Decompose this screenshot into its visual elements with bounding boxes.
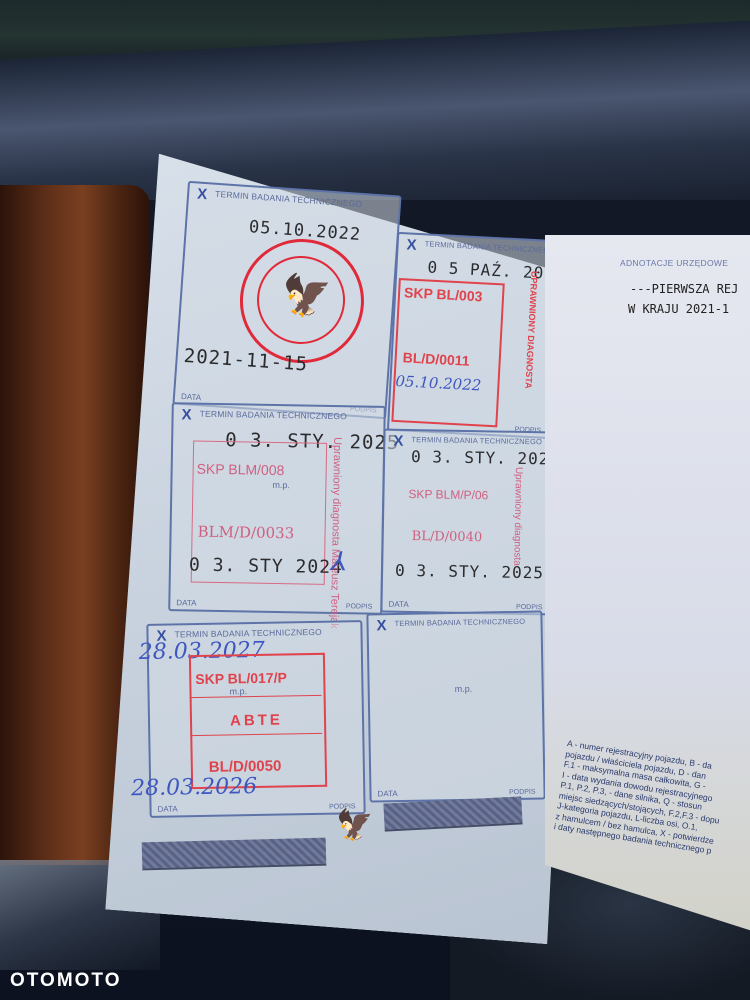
podpis-label: PODPIS: [509, 789, 536, 796]
inspection-date: 0 3. STY 2024: [189, 554, 343, 578]
station-stamp-id: SKP BLM/008: [197, 461, 285, 479]
handwritten-inspection-date: 28.03.2026: [131, 774, 257, 801]
annotation-line-1: ---PIERWSZA REJ: [630, 282, 738, 296]
x-mark: X: [181, 406, 191, 423]
inspection-box-3: X TERMIN BADANIA TECHNICZNEGO 0 3. STY. …: [168, 402, 386, 615]
station-stamp-id: SKP BL/017/P: [195, 669, 287, 687]
box-title: TERMIN BADANIA TECHNICZNEGO: [411, 435, 542, 446]
x-mark: X: [376, 617, 386, 634]
eagle-emblem-icon: 🦅: [280, 271, 333, 321]
data-label: DATA: [377, 789, 397, 798]
security-band-left: [142, 838, 327, 871]
diagnostician-code: BL/D/0011: [402, 349, 470, 368]
diagnostician-code: BL/D/0050: [209, 758, 282, 776]
box-title: TERMIN BADANIA TECHNICZNEGO: [215, 189, 363, 209]
eagle-emblem-icon: 🦅: [336, 808, 373, 843]
box-title: TERMIN BADANIA TECHNICZNEGO: [200, 409, 348, 422]
data-label: DATA: [157, 804, 177, 813]
data-label: DATA: [181, 392, 202, 402]
inspection-box-6: X TERMIN BADANIA TECHNICZNEGO m.p. DATA …: [366, 610, 545, 802]
inspection-box-5: X TERMIN BADANIA TECHNICZNEGO 28.03.2027…: [146, 620, 365, 818]
diagnostician-code: BL/D/0040: [412, 529, 483, 545]
diagnostician-vertical-stamp: UPRAWNIONY DIAGNOSTA: [523, 271, 539, 389]
station-stamp-id: SKP BLM/P/06: [408, 487, 488, 502]
x-mark: X: [406, 236, 417, 254]
diagnostician-vertical-stamp: Uprawniony diagnosta Mateusz Terejak: [328, 437, 343, 629]
data-label: DATA: [388, 600, 408, 609]
x-mark: X: [393, 433, 403, 450]
data-label: DATA: [176, 598, 196, 607]
otomoto-watermark: OTOMOTO: [10, 970, 121, 992]
diagnostician-code: BLM/D/0033: [197, 523, 294, 543]
mp-label: m.p.: [229, 686, 247, 696]
x-mark: X: [197, 185, 208, 203]
mp-label: m.p.: [455, 684, 473, 694]
podpis-label: PODPIS: [346, 603, 373, 610]
inspection-box-4: X TERMIN BADANIA TECHNICZNEGO 0 3. STY. …: [380, 429, 555, 616]
signature: ⅄: [331, 547, 347, 577]
annotation-line-2: W KRAJU 2021-1: [628, 302, 729, 316]
box-title: TERMIN BADANIA TECHNICZNEGO: [394, 617, 525, 628]
station-name: ABTE: [230, 712, 283, 730]
office-seal: 🦅: [236, 235, 368, 367]
next-due-date: 0 3. STY. 2026: [411, 447, 560, 469]
inspection-box-1: X TERMIN BADANIA TECHNICZNEGO 05.10.2022…: [172, 181, 401, 419]
inspection-box-2: X TERMIN BADANIA TECHNICZNEGO 0 5 PAŹ. 2…: [387, 232, 561, 439]
diagnostician-vertical-stamp: Uprawniony diagnosta: [511, 467, 524, 566]
mp-label: m.p.: [272, 480, 290, 490]
official-annotations-title: ADNOTACJE URZĘDOWE: [620, 258, 728, 268]
box-title: TERMIN BADANIA TECHNICZNEGO: [424, 239, 555, 255]
